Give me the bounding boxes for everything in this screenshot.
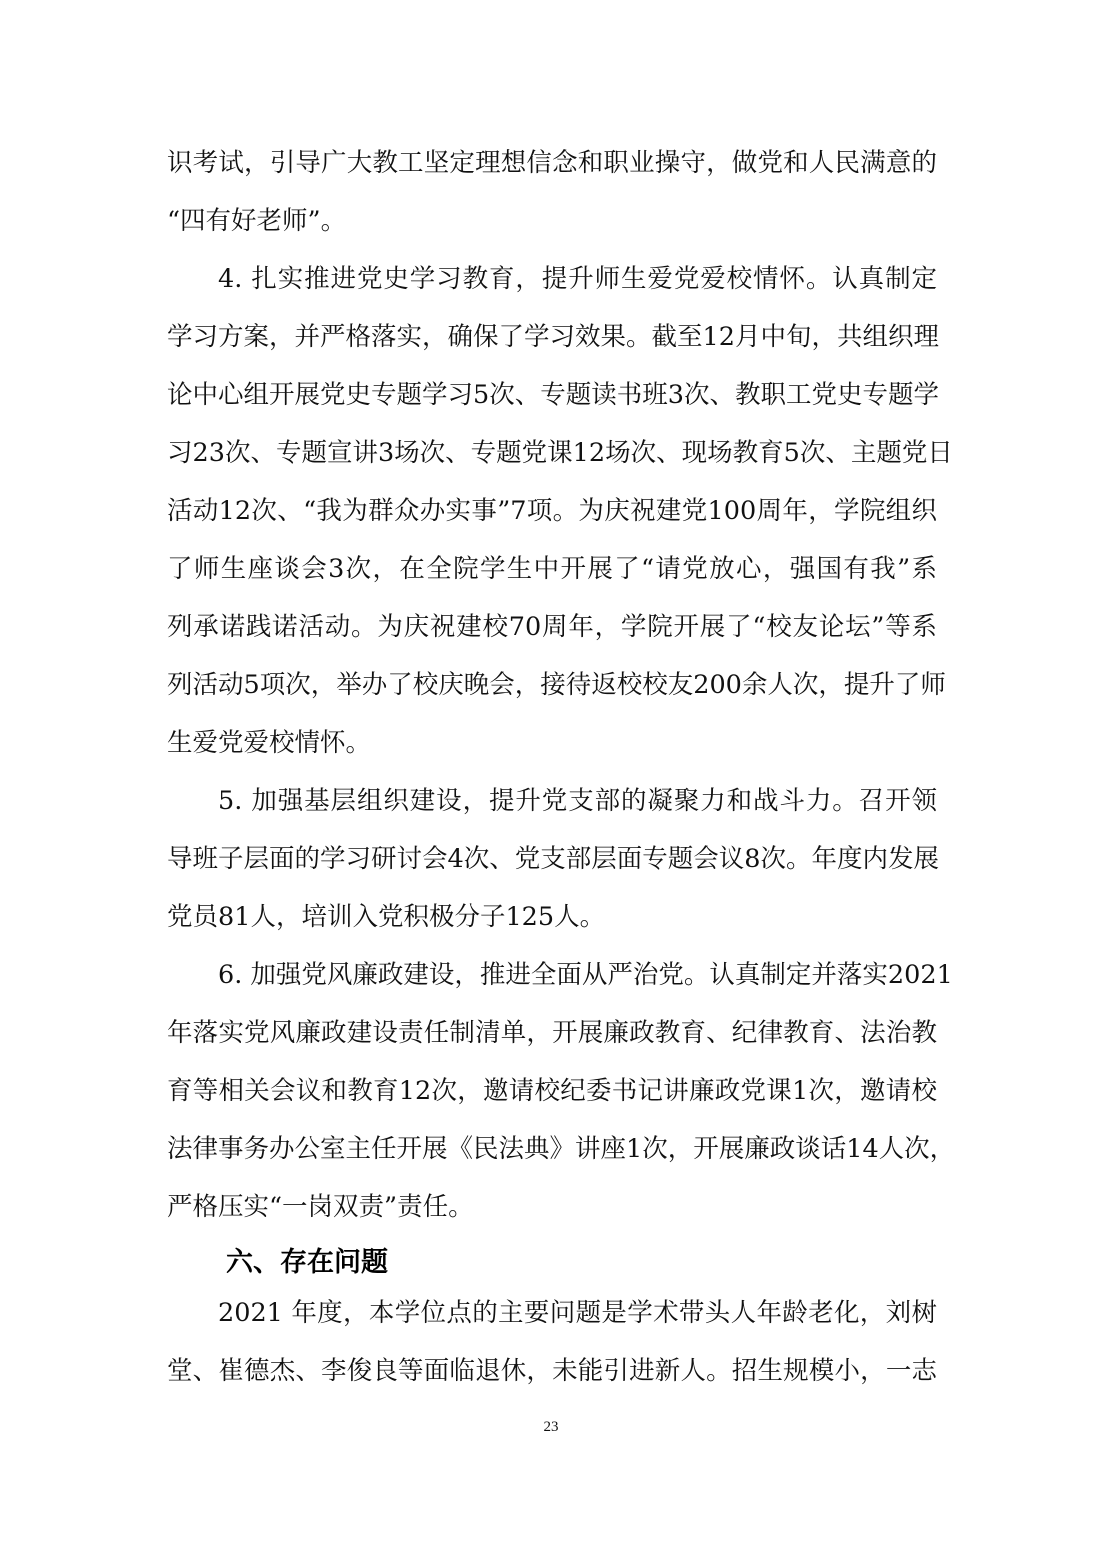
document-page: 识考试，引导广大教工坚定理想信念和职业操守，做党和人民满意的 “四有好老师”。 … [0,0,1102,1559]
paragraph-line: 学习方案，并严格落实，确保了学习效果。截至12月中旬，共组织理 [167,317,937,357]
item-4-title-line: 4. 扎实推进党史学习教育，提升师生爱党爱校情怀。认真制定 [218,259,937,299]
paragraph-line: 活动12次、“我为群众办实事”7项。为庆祝建党100周年，学院组织 [167,491,937,531]
page-number: 23 [0,1417,1102,1437]
item-5-title-line: 5. 加强基层组织建设，提升党支部的凝聚力和战斗力。召开领 [218,781,937,821]
paragraph-line: 年落实党风廉政建设责任制清单，开展廉政教育、纪律教育、法治教 [167,1013,937,1053]
section-heading: 六、存在问题 [226,1241,388,1285]
paragraph-line: 习23次、专题宣讲3场次、专题党课12场次、现场教育5次、主题党日 [167,433,937,473]
paragraph-line: 育等相关会议和教育12次，邀请校纪委书记讲廉政党课1次，邀请校 [167,1071,937,1111]
paragraph-line: 了师生座谈会3次，在全院学生中开展了“请党放心，强国有我”系 [167,549,937,589]
paragraph-line: 导班子层面的学习研讨会4次、党支部层面专题会议8次。年度内发展 [167,839,937,879]
paragraph-line: 党员81人，培训入党积极分子125人。 [167,897,937,937]
paragraph-line: 法律事务办公室主任开展《民法典》讲座1次，开展廉政谈话14人次， [167,1129,937,1169]
paragraph-line: 严格压实“一岗双责”责任。 [167,1187,937,1227]
paragraph-line: 论中心组开展党史专题学习5次、专题读书班3次、教职工党史专题学 [167,375,937,415]
paragraph-line: 生爱党爱校情怀。 [167,723,937,763]
paragraph-line: 2021 年度，本学位点的主要问题是学术带头人年龄老化，刘树 [218,1293,937,1333]
paragraph-line: 识考试，引导广大教工坚定理想信念和职业操守，做党和人民满意的 [167,143,937,183]
paragraph-line: 堂、崔德杰、李俊良等面临退休，未能引进新人。招生规模小，一志 [167,1351,937,1391]
paragraph-line: “四有好老师”。 [167,201,937,241]
paragraph-line: 列活动5项次，举办了校庆晚会，接待返校校友200余人次，提升了师 [167,665,937,705]
paragraph-line: 列承诺践诺活动。为庆祝建校70周年，学院开展了“校友论坛”等系 [167,607,937,647]
item-6-title-line: 6. 加强党风廉政建设，推进全面从严治党。认真制定并落实2021 [218,955,937,995]
